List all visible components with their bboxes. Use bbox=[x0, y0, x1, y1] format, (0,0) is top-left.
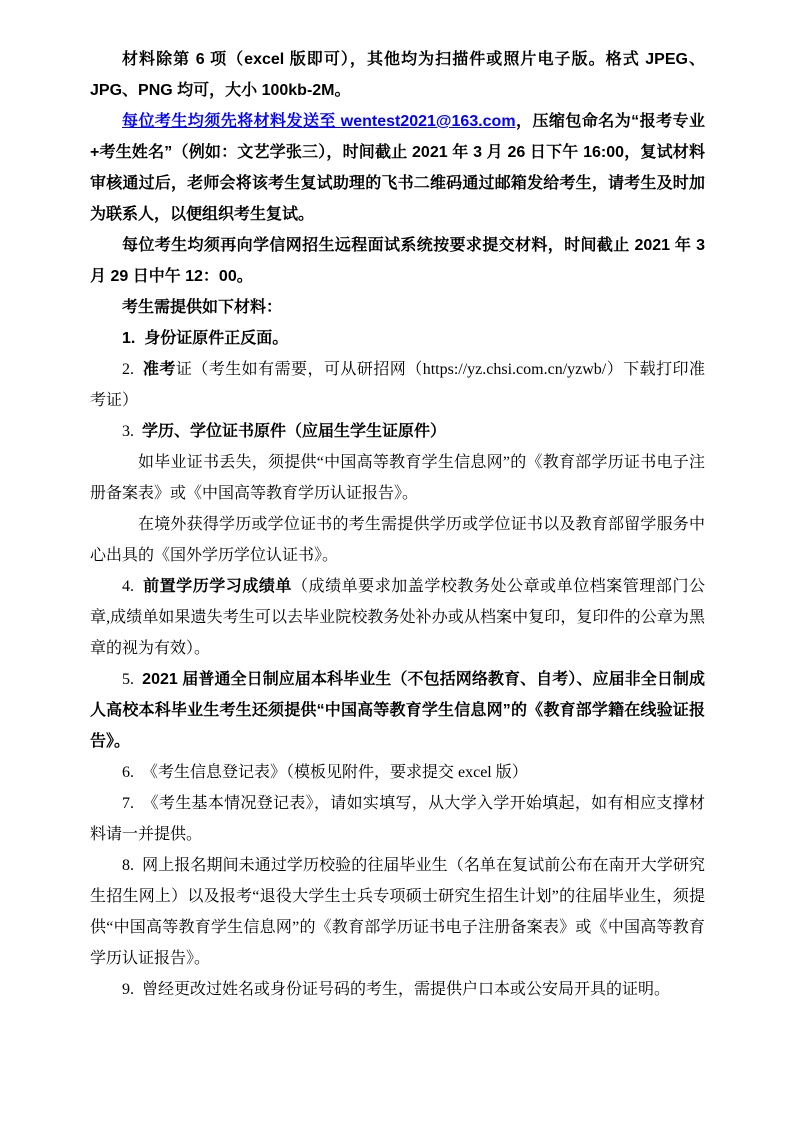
note-text: 如毕业证书丢失，须提供“中国高等教育学生信息网”的《教育部学历证书电子注册备案表… bbox=[90, 454, 705, 502]
list-item-text: 证（考生如有需要，可从研招网（https://yz.chsi.com.cn/yz… bbox=[90, 361, 705, 409]
list-item-8-unverified-graduates: 8. 网上报名期间未通过学历校验的往届毕业生（名单在复试前公布在南开大学研究生招… bbox=[90, 850, 705, 974]
list-item-7-basic-info-form: 7. 《考生基本情况登记表》，请如实填写，从大学入学开始填起，如有相应支撑材料请… bbox=[90, 788, 705, 850]
list-item-9-name-change: 9. 曾经更改过姓名或身份证号码的考生，需提供户口本或公安局开具的证明。 bbox=[90, 974, 705, 1005]
list-item-text: 6. 《考生信息登记表》（模板见附件，要求提交 excel 版） bbox=[122, 764, 528, 781]
list-item-6-info-form: 6. 《考生信息登记表》（模板见附件，要求提交 excel 版） bbox=[90, 757, 705, 788]
list-item-text-bold: 2021 届普通全日制应届本科毕业生（不包括网络教育、自考）、应届非全日制成人高… bbox=[90, 671, 705, 750]
email-link[interactable]: 每位考生均须先将材料发送至 wentest2021@163.com bbox=[122, 113, 516, 130]
materials-heading: 考生需提供如下材料： bbox=[90, 292, 705, 323]
list-item-1-id-card: 1. 身份证原件正反面。 bbox=[90, 323, 705, 354]
list-item-text-bold: 学历、学位证书原件（应届生学生证原件） bbox=[142, 423, 446, 440]
list-item-text: 9. 曾经更改过姓名或身份证号码的考生，需提供户口本或公安局开具的证明。 bbox=[122, 981, 670, 998]
list-item-4-transcript: 4. 前置学历学习成绩单（成绩单要求加盖学校教务处公章或单位档案管理部门公章,成… bbox=[90, 571, 705, 664]
paragraph-email-instruction: 每位考生均须先将材料发送至 wentest2021@163.com，压缩包命名为… bbox=[90, 106, 705, 230]
paragraph-chsi-remote-interview: 每位考生均须再向学信网招生远程面试系统按要求提交材料，时间截止 2021 年 3… bbox=[90, 230, 705, 292]
paragraph-text: 每位考生均须再向学信网招生远程面试系统按要求提交材料，时间截止 2021 年 3… bbox=[90, 237, 705, 285]
list-item-text: 8. 网上报名期间未通过学历校验的往届毕业生（名单在复试前公布在南开大学研究生招… bbox=[90, 857, 705, 967]
note-text: 在境外获得学历或学位证书的考生需提供学历或学位证书以及教育部留学服务中心出具的《… bbox=[90, 516, 705, 564]
list-item-text-bold: 前置学历学习成绩单 bbox=[143, 578, 292, 595]
list-item-number: 4. bbox=[122, 578, 143, 595]
note-lost-certificate: 如毕业证书丢失，须提供“中国高等教育学生信息网”的《教育部学历证书电子注册备案表… bbox=[90, 447, 705, 509]
list-item-3-certificates: 3. 学历、学位证书原件（应届生学生证原件） bbox=[90, 416, 705, 447]
list-item-number: 5. bbox=[122, 671, 142, 688]
document-page: 材料除第 6 项（excel 版即可），其他均为扫描件或照片电子版。格式 JPE… bbox=[0, 0, 793, 1122]
list-item-text-bold: 准考 bbox=[143, 361, 176, 378]
paragraph-text: 材料除第 6 项（excel 版即可），其他均为扫描件或照片电子版。格式 JPE… bbox=[90, 51, 705, 99]
list-item-5-online-verification: 5. 2021 届普通全日制应届本科毕业生（不包括网络教育、自考）、应届非全日制… bbox=[90, 664, 705, 757]
heading-text: 考生需提供如下材料： bbox=[122, 299, 282, 316]
paragraph-intro-format: 材料除第 6 项（excel 版即可），其他均为扫描件或照片电子版。格式 JPE… bbox=[90, 44, 705, 106]
note-overseas-degree: 在境外获得学历或学位证书的考生需提供学历或学位证书以及教育部留学服务中心出具的《… bbox=[90, 509, 705, 571]
list-item-2-admission-ticket: 2. 准考证（考生如有需要，可从研招网（https://yz.chsi.com.… bbox=[90, 354, 705, 416]
list-item-number: 3. bbox=[122, 423, 142, 440]
list-item-text: 7. 《考生基本情况登记表》，请如实填写，从大学入学开始填起，如有相应支撑材料请… bbox=[90, 795, 705, 843]
list-item-number: 2. bbox=[122, 361, 143, 378]
list-item-text: 1. 身份证原件正反面。 bbox=[122, 330, 288, 347]
